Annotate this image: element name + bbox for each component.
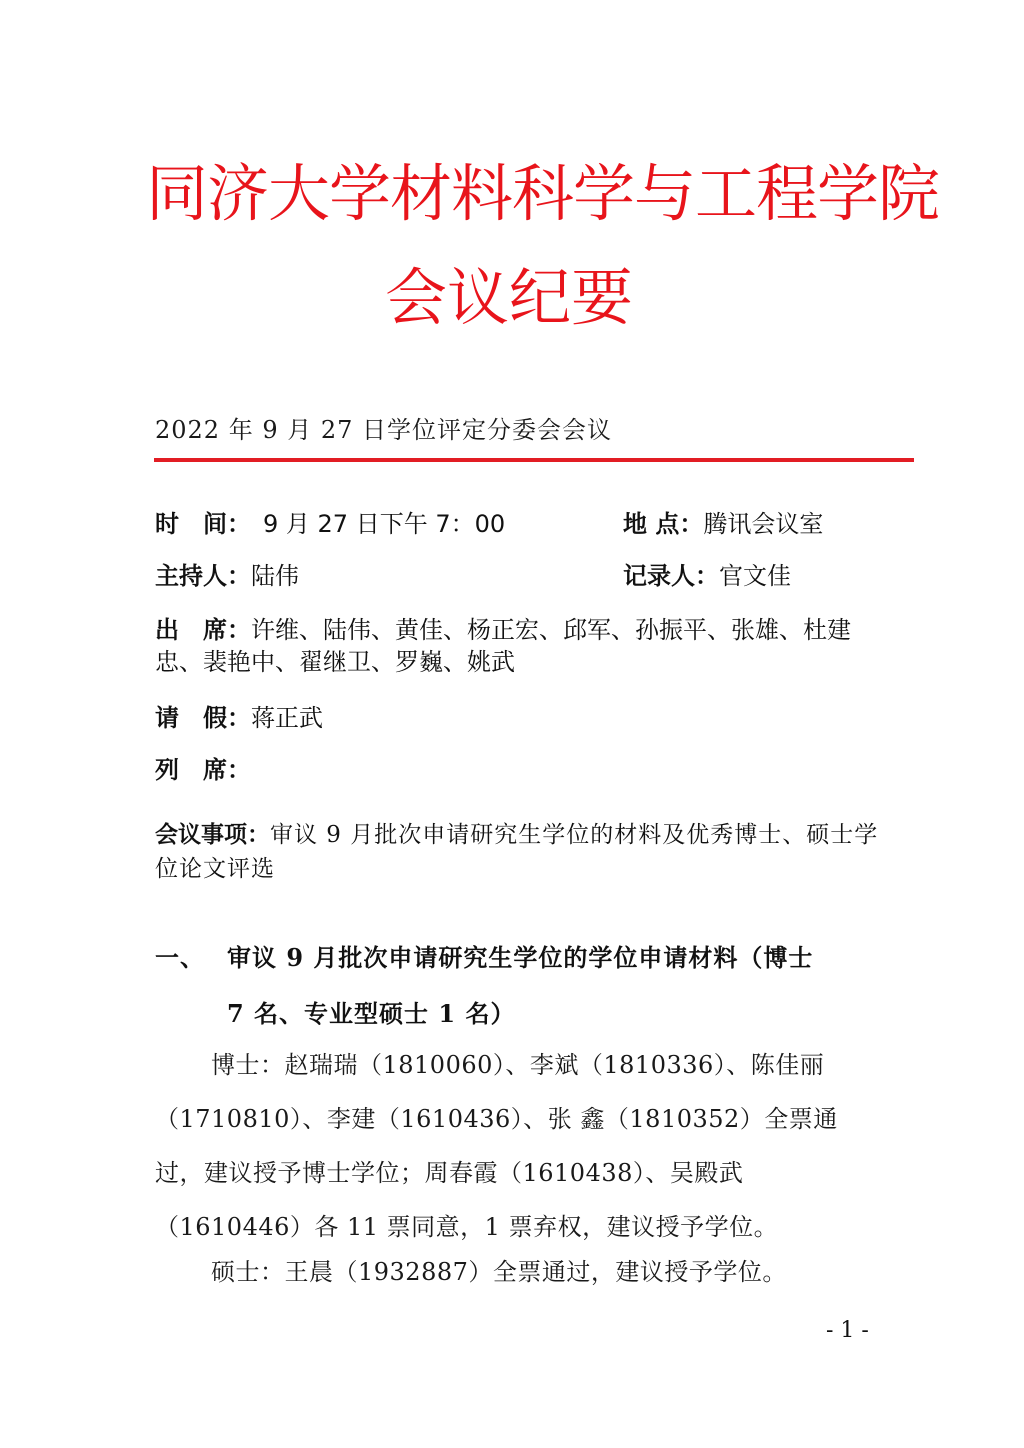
attendees-value: 许维、陆伟、黄佳、杨正宏、邱军、孙振平、张雄、杜建忠、裴艳中、翟继卫、罗巍、姚武	[155, 616, 851, 676]
page-number: - 1 -	[826, 1318, 869, 1343]
place-value: 腾讯会议室	[703, 510, 823, 538]
meeting-observers: 列 席：	[155, 754, 251, 786]
document-page: 同济大学材料科学与工程学院 会议纪要 2022 年 9 月 27 日学位评定分委…	[0, 0, 1024, 1448]
leave-label: 请 假：	[155, 704, 251, 732]
recorder-label: 记录人：	[623, 562, 719, 590]
document-title-type: 会议纪要	[146, 262, 872, 334]
place-label: 地 点：	[623, 510, 703, 538]
section-heading: 一、审议 9 月批次申请研究生学位的学位申请材料（博士 7 名、专业型硕士 1 …	[155, 930, 875, 1042]
meeting-agenda: 会议事项：审议 9 月批次申请研究生学位的材料及优秀博士、硕士学位论文评选	[155, 818, 885, 886]
header-divider	[154, 458, 914, 462]
time-value: 9 月 27 日下午 7：00	[239, 510, 505, 538]
meeting-subtitle: 2022 年 9 月 27 日学位评定分委会会议	[155, 414, 612, 446]
document-title-institution: 同济大学材料科学与工程学院	[146, 158, 872, 230]
time-label: 时 间：	[155, 510, 239, 538]
meeting-attendees: 出 席：许维、陆伟、黄佳、杨正宏、邱军、孙振平、张雄、杜建忠、裴艳中、翟继卫、罗…	[155, 614, 875, 678]
phd-results-paragraph: 博士：赵瑞瑞（1810060）、李斌（1810336）、陈佳丽（1710810）…	[155, 1038, 875, 1254]
agenda-label: 会议事项：	[155, 822, 270, 848]
host-value: 陆伟	[251, 562, 299, 590]
section-heading-line2: 7 名、专业型硕士 1 名）	[155, 986, 875, 1042]
meeting-absent: 请 假：蒋正武	[155, 702, 323, 734]
master-results-paragraph: 硕士：王晨（1932887）全票通过，建议授予学位。	[155, 1245, 875, 1299]
meeting-host: 主持人：陆伟	[155, 560, 299, 592]
section-heading-line1: 审议 9 月批次申请研究生学位的学位申请材料（博士	[227, 943, 813, 972]
meeting-recorder: 记录人：官文佳	[623, 560, 791, 592]
recorder-value: 官文佳	[719, 562, 791, 590]
section-number: 一、	[155, 930, 227, 986]
attendees-label: 出 席：	[155, 616, 251, 644]
meeting-time: 时 间： 9 月 27 日下午 7：00	[155, 508, 505, 540]
meeting-place: 地 点：腾讯会议室	[623, 508, 823, 540]
observers-label: 列 席：	[155, 756, 251, 784]
leave-value: 蒋正武	[251, 704, 323, 732]
host-label: 主持人：	[155, 562, 251, 590]
